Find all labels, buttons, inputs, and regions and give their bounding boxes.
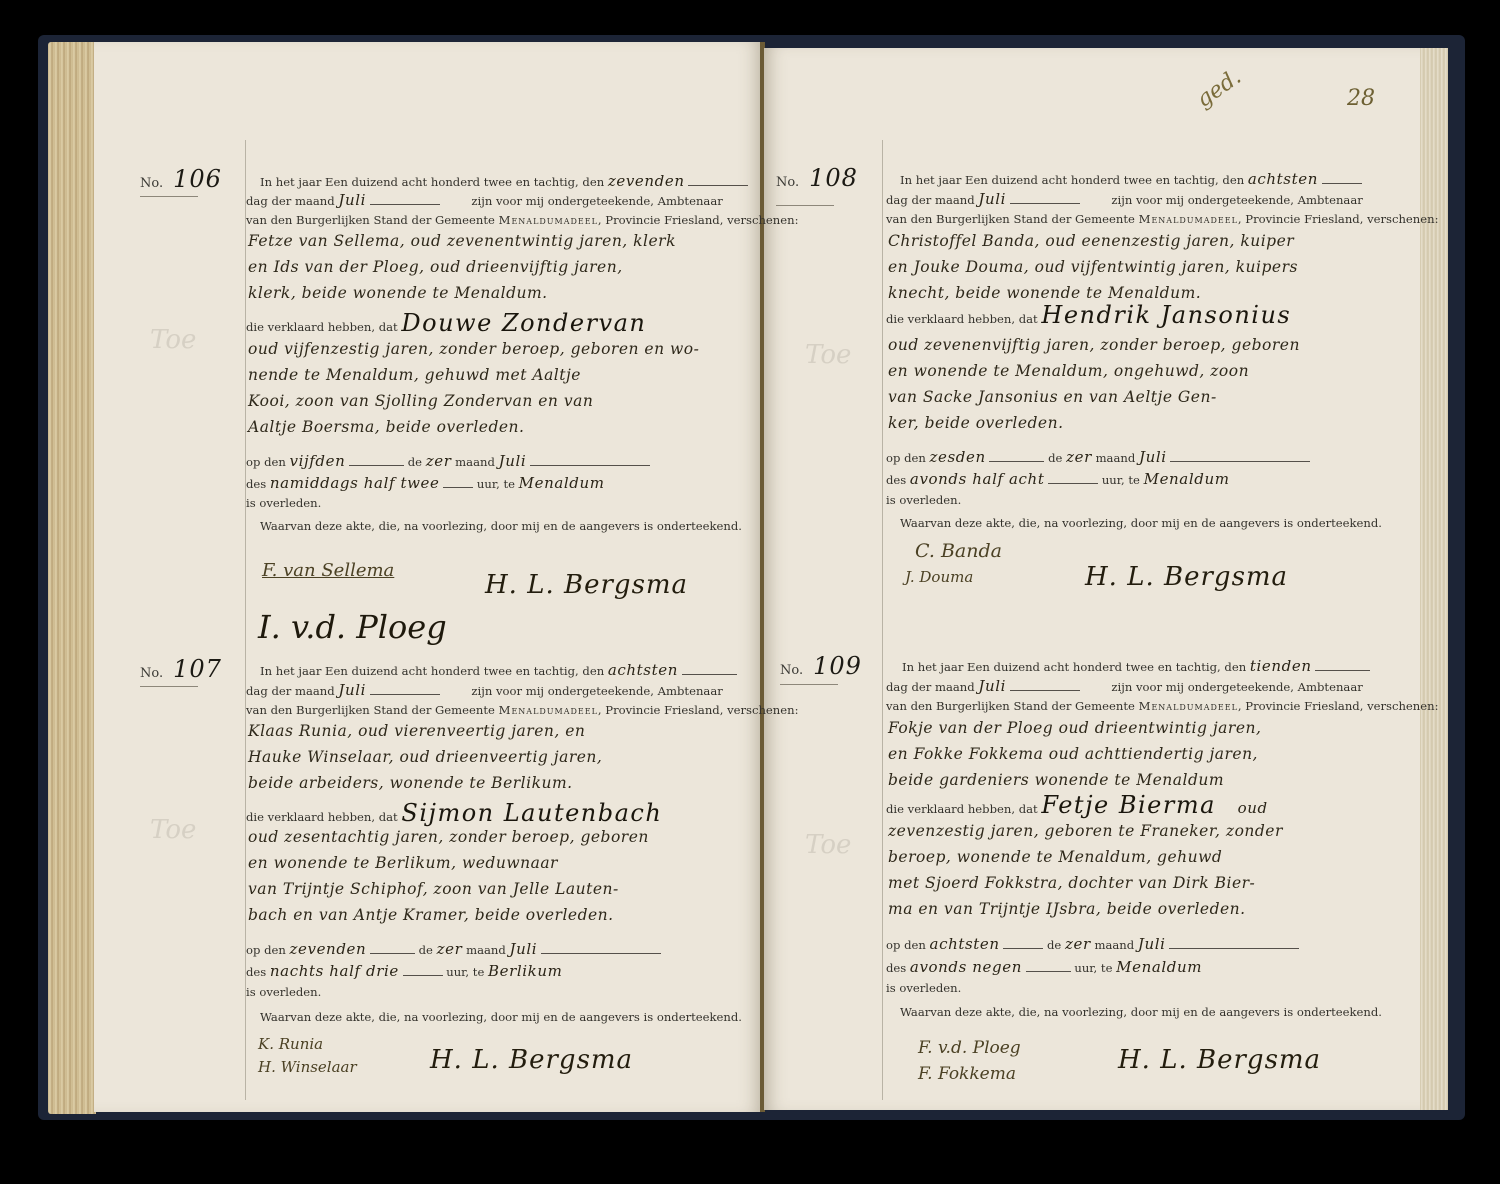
record-number: No.109 bbox=[780, 652, 862, 680]
overleden-line: is overleden. bbox=[886, 979, 961, 997]
record-number: No.107 bbox=[140, 655, 222, 683]
deceased-detail: ma en van Trijntje IJsbra, beide overled… bbox=[888, 900, 1246, 918]
municipality-line: van den Burgerlijken Stand der Gemeente … bbox=[246, 211, 799, 229]
death-time-line: des avonds negen uur, te Menaldum bbox=[886, 958, 1202, 977]
deceased-line: die verklaard hebben, dat Douwe Zonderva… bbox=[246, 314, 646, 336]
record-day: achtsten bbox=[608, 661, 678, 679]
deceased-detail: oud vijfenzestig jaren, zonder beroep, g… bbox=[248, 340, 699, 358]
record-number: No.108 bbox=[776, 164, 858, 192]
declarant-line: en Ids van der Ploeg, oud drieenvijftig … bbox=[248, 258, 623, 276]
month-line: dag der maand Juli zijn voor mij onderge… bbox=[246, 191, 723, 210]
intro-line: In het jaar Een duizend acht honderd twe… bbox=[902, 657, 1370, 676]
record-day: achtsten bbox=[1248, 170, 1318, 188]
death-time-line: des nachts half drie uur, te Berlikum bbox=[246, 962, 562, 981]
declarant-signature: F. v.d. Ploeg bbox=[918, 1038, 1021, 1058]
declarant-signature: C. Banda bbox=[915, 540, 1002, 562]
municipality-line: van den Burgerlijken Stand der Gemeente … bbox=[886, 697, 1439, 715]
month-line: dag der maand Juli zijn voor mij onderge… bbox=[246, 681, 723, 700]
deceased-detail: zevenzestig jaren, geboren te Franeker, … bbox=[888, 822, 1283, 840]
closing-line: Waarvan deze akte, die, na voorlezing, d… bbox=[260, 1008, 742, 1026]
declarant-line: Klaas Runia, oud vierenveertig jaren, en bbox=[248, 722, 585, 740]
declarant-line: Fokje van der Ploeg oud drieentwintig ja… bbox=[888, 719, 1261, 737]
declarant-signature: I. v.d. Ploeg bbox=[258, 608, 447, 646]
deceased-line: die verklaard hebben, dat Fetje Bierma o… bbox=[886, 796, 1268, 818]
deceased-detail: van Trijntje Schiphof, zoon van Jelle La… bbox=[248, 880, 619, 898]
deceased-detail: en wonende te Menaldum, ongehuwd, zoon bbox=[888, 362, 1249, 380]
deceased-detail: Kooi, zoon van Sjolling Zondervan en van bbox=[248, 392, 593, 410]
record-number-rule bbox=[140, 686, 198, 687]
deceased-detail: nende te Menaldum, gehuwd met Aaltje bbox=[248, 366, 581, 384]
deceased-detail: beroep, wonende te Menaldum, gehuwd bbox=[888, 848, 1222, 866]
deceased-name: Douwe Zondervan bbox=[401, 309, 646, 337]
declarant-line: klerk, beide wonende te Menaldum. bbox=[248, 284, 548, 302]
deceased-name: Fetje Bierma bbox=[1041, 791, 1216, 819]
intro-line: In het jaar Een duizend acht honderd twe… bbox=[260, 661, 737, 680]
death-time-line: des namiddags half twee uur, te Menaldum bbox=[246, 474, 605, 493]
declarant-signature: K. Runia bbox=[258, 1035, 323, 1053]
margin-ghost-mark: Toe bbox=[805, 340, 851, 370]
intro-line: In het jaar Een duizend acht honderd twe… bbox=[900, 170, 1362, 189]
declarant-signature: F. van Sellema bbox=[262, 560, 394, 581]
deceased-detail: en wonende te Berlikum, weduwnaar bbox=[248, 854, 558, 872]
margin-ghost-mark: Toe bbox=[150, 815, 196, 845]
death-date-line: op den zesden de zer maand Juli bbox=[886, 448, 1310, 467]
margin-ghost-mark: Toe bbox=[805, 830, 851, 860]
deceased-detail: oud zevenenvijftig jaren, zonder beroep,… bbox=[888, 336, 1300, 354]
clerk-signature: H. L. Bergsma bbox=[1118, 1045, 1321, 1075]
month-line: dag der maand Juli zijn voor mij onderge… bbox=[886, 677, 1363, 696]
clerk-signature: H. L. Bergsma bbox=[430, 1045, 633, 1075]
overleden-line: is overleden. bbox=[246, 983, 321, 1001]
record-month: Juli bbox=[978, 190, 1006, 208]
record-month: Juli bbox=[978, 677, 1006, 695]
month-line: dag der maand Juli zijn voor mij onderge… bbox=[886, 190, 1363, 209]
deceased-line: die verklaard hebben, dat Sijmon Lautenb… bbox=[246, 804, 662, 826]
deceased-name: Sijmon Lautenbach bbox=[401, 799, 662, 827]
deceased-line: die verklaard hebben, dat Hendrik Janson… bbox=[886, 306, 1291, 328]
declarant-line: knecht, beide wonende te Menaldum. bbox=[888, 284, 1201, 302]
page-stack-right bbox=[1418, 48, 1448, 1110]
intro-line: In het jaar Een duizend acht honderd twe… bbox=[260, 172, 748, 191]
declarant-line: beide gardeniers wonende te Menaldum bbox=[888, 771, 1224, 789]
deceased-detail: oud zesentachtig jaren, zonder beroep, g… bbox=[248, 828, 649, 846]
record-month: Juli bbox=[338, 681, 366, 699]
page-stack-left bbox=[48, 42, 96, 1114]
declarant-line: Christoffel Banda, oud eenenzestig jaren… bbox=[888, 232, 1294, 250]
closing-line: Waarvan deze akte, die, na voorlezing, d… bbox=[900, 514, 1382, 532]
deceased-detail: Aaltje Boersma, beide overleden. bbox=[248, 418, 524, 436]
overleden-line: is overleden. bbox=[886, 491, 961, 509]
deceased-detail: bach en van Antje Kramer, beide overlede… bbox=[248, 906, 614, 924]
municipality-line: van den Burgerlijken Stand der Gemeente … bbox=[246, 701, 799, 719]
deceased-detail: van Sacke Jansonius en van Aeltje Gen- bbox=[888, 388, 1217, 406]
declarant-line: en Fokke Fokkema oud achttiendertig jare… bbox=[888, 745, 1258, 763]
record-number-rule bbox=[780, 684, 838, 685]
municipality-line: van den Burgerlijken Stand der Gemeente … bbox=[886, 210, 1439, 228]
declarant-line: Hauke Winselaar, oud drieenveertig jaren… bbox=[248, 748, 602, 766]
record-day: tienden bbox=[1250, 657, 1312, 675]
page-number: 28 bbox=[1347, 86, 1375, 111]
declarant-line: beide arbeiders, wonende te Berlikum. bbox=[248, 774, 573, 792]
declarant-signature: H. Winselaar bbox=[258, 1058, 357, 1076]
closing-line: Waarvan deze akte, die, na voorlezing, d… bbox=[260, 517, 742, 535]
death-time-line: des avonds half acht uur, te Menaldum bbox=[886, 470, 1230, 489]
margin-rule bbox=[882, 140, 883, 1100]
record-day: zevenden bbox=[608, 172, 685, 190]
record-number-rule bbox=[776, 205, 834, 206]
overleden-line: is overleden. bbox=[246, 494, 321, 512]
declarant-signature: F. Fokkema bbox=[918, 1064, 1016, 1084]
closing-line: Waarvan deze akte, die, na voorlezing, d… bbox=[900, 1003, 1382, 1021]
death-date-line: op den achtsten de zer maand Juli bbox=[886, 935, 1299, 954]
margin-ghost-mark: Toe bbox=[150, 325, 196, 355]
clerk-signature: H. L. Bergsma bbox=[485, 570, 688, 600]
record-number: No.106 bbox=[140, 165, 222, 193]
clerk-signature: H. L. Bergsma bbox=[1085, 562, 1288, 592]
deceased-name: Hendrik Jansonius bbox=[1041, 301, 1291, 329]
record-month: Juli bbox=[338, 191, 366, 209]
declarant-line: Fetze van Sellema, oud zevenentwintig ja… bbox=[248, 232, 676, 250]
death-date-line: op den vijfden de zer maand Juli bbox=[246, 452, 650, 471]
death-date-line: op den zevenden de zer maand Juli bbox=[246, 940, 661, 959]
deceased-detail: met Sjoerd Fokkstra, dochter van Dirk Bi… bbox=[888, 874, 1255, 892]
deceased-detail: ker, beide overleden. bbox=[888, 414, 1064, 432]
declarant-line: en Jouke Douma, oud vijfentwintig jaren,… bbox=[888, 258, 1298, 276]
record-number-rule bbox=[140, 196, 198, 197]
declarant-signature: J. Douma bbox=[905, 568, 973, 586]
